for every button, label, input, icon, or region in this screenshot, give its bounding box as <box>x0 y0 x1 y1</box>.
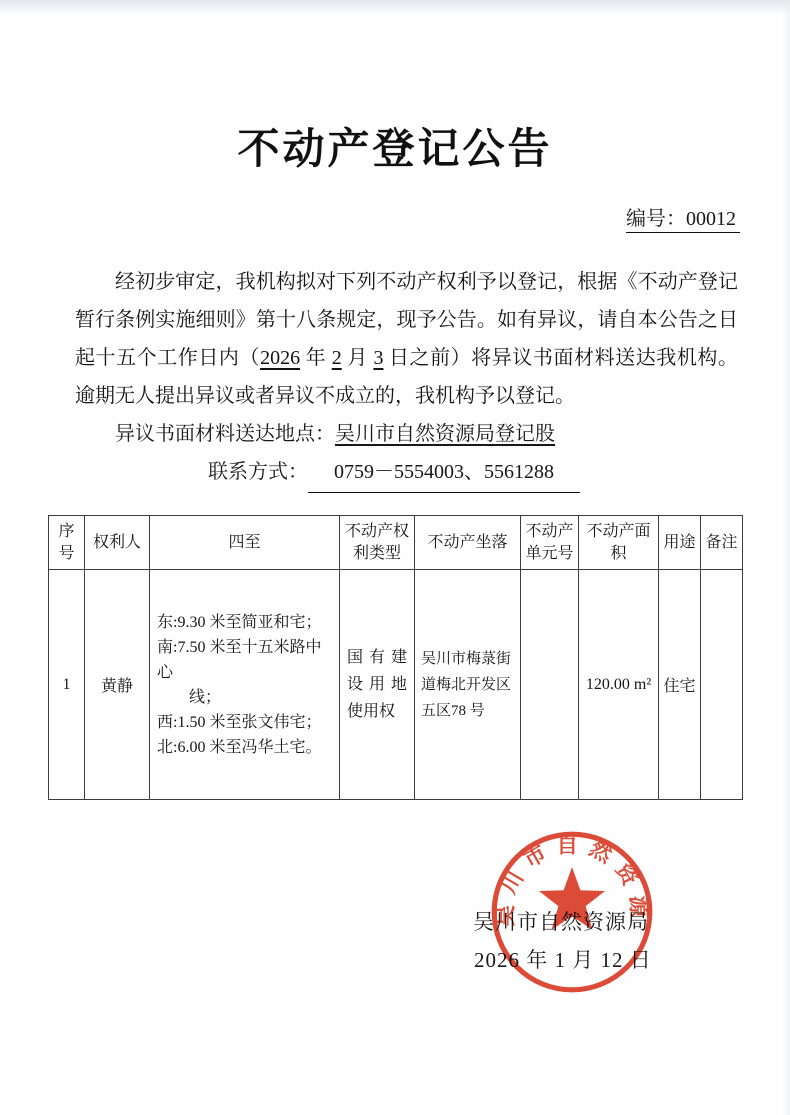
doc-number-line: 编号：00012 <box>0 202 740 231</box>
seal-star-icon <box>539 867 605 930</box>
deadline-day: 3 <box>373 347 383 369</box>
contact-value: 0759－5554003、5561288 <box>308 453 580 493</box>
delivery-address-label: 异议书面材料送达地点： <box>115 423 335 445</box>
page-title: 不动产登记公告 <box>0 116 790 176</box>
header-holder: 权利人 <box>85 516 150 570</box>
deadline-year: 2026 <box>260 347 300 369</box>
body-text-3: 月 <box>342 347 374 369</box>
header-area: 不动产面积 <box>579 516 659 570</box>
contact-line: 联系方式：0759－5554003、5561288 <box>75 453 738 493</box>
cell-right-type: 国有建设用地使用权 <box>340 570 415 800</box>
table-row: 1 黄静 东:9.30 米至简亚和宅； 南:7.50 米至十五米路中心 线； 西… <box>49 570 743 800</box>
table-header-row: 序号 权利人 四至 不动产权利类型 不动产坐落 不动产单元号 不动产面积 用途 … <box>49 516 743 570</box>
notice-body-paragraph: 经初步审定，我机构拟对下列不动产权利予以登记，根据《不动产登记暂行条例实施细则》… <box>75 263 738 415</box>
cell-location: 吴川市梅菉街道梅北开发区五区78 号 <box>415 570 521 800</box>
doc-number-value: 00012 <box>686 208 736 230</box>
delivery-address-line: 异议书面材料送达地点：吴川市自然资源局登记股 <box>75 415 738 453</box>
cell-area: 120.00 m² <box>579 570 659 800</box>
registration-table: 序号 权利人 四至 不动产权利类型 不动产坐落 不动产单元号 不动产面积 用途 … <box>48 515 743 800</box>
header-seq: 序号 <box>49 516 85 570</box>
cell-boundaries: 东:9.30 米至简亚和宅； 南:7.50 米至十五米路中心 线； 西:1.50… <box>150 570 340 800</box>
cell-seq: 1 <box>49 570 85 800</box>
header-usage: 用途 <box>659 516 701 570</box>
deadline-month: 2 <box>332 347 342 369</box>
doc-number-label: 编号： <box>626 208 686 230</box>
official-seal: 吴川市自然资源局 <box>486 826 658 998</box>
cell-unit-no <box>521 570 579 800</box>
cell-remarks <box>701 570 743 800</box>
doc-number-underlined: 编号：00012 <box>626 208 740 233</box>
header-remarks: 备注 <box>701 516 743 570</box>
signature-block: 吴川市自然资源局 2026 年 1 月 12 日 吴川市自然资源局 <box>0 800 790 1073</box>
cell-holder: 黄静 <box>85 570 150 800</box>
header-boundaries: 四至 <box>150 516 340 570</box>
contact-label: 联系方式： <box>208 461 308 483</box>
header-right-type: 不动产权利类型 <box>340 516 415 570</box>
body-text-2: 年 <box>300 347 332 369</box>
header-unit-no: 不动产单元号 <box>521 516 579 570</box>
scanned-notice-page: 不动产登记公告 编号：00012 经初步审定，我机构拟对下列不动产权利予以登记，… <box>0 0 790 1115</box>
cell-usage: 住宅 <box>659 570 701 800</box>
header-location: 不动产坐落 <box>415 516 521 570</box>
delivery-address-value: 吴川市自然资源局登记股 <box>335 423 555 445</box>
